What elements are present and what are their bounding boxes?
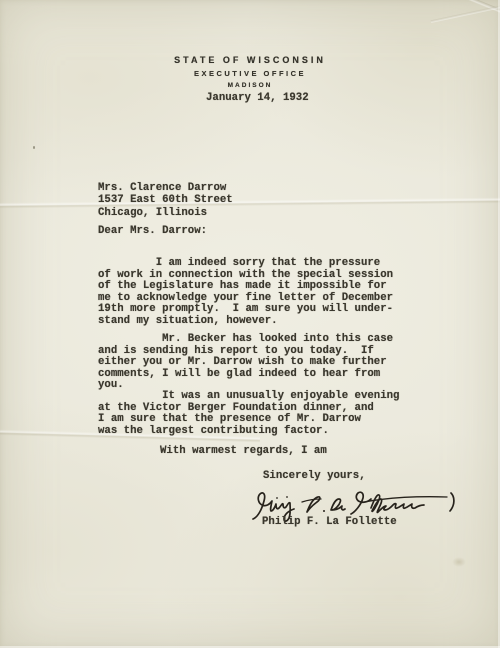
letterhead: STATE OF WISCONSIN EXECUTIVE OFFICE MADI…: [0, 55, 500, 89]
closing-regards: With warmest regards, I am: [160, 446, 327, 458]
letterhead-office: EXECUTIVE OFFICE: [0, 69, 500, 78]
body-paragraph-1: I am indeed sorry that the pressure of w…: [98, 258, 393, 328]
date-line: January 14, 1932: [206, 93, 309, 105]
body-paragraph-2: Mr. Becker has looked into this case and…: [98, 334, 393, 392]
letterhead-city: MADISON: [0, 82, 500, 89]
recipient-address: Mrs. Clarence Darrow 1537 East 60th Stre…: [98, 182, 233, 219]
recipient-name: Mrs. Clarence Darrow: [98, 182, 226, 194]
recipient-city: Chicago, Illinois: [98, 207, 207, 219]
typed-signature-name: Philip F. La Follette: [262, 517, 397, 529]
recipient-street: 1537 East 60th Street: [98, 194, 233, 206]
salutation: Dear Mrs. Darrow:: [98, 226, 207, 238]
letterhead-state: STATE OF WISCONSIN: [0, 55, 500, 65]
valediction: Sincerely yours,: [263, 471, 366, 483]
letter-page: STATE OF WISCONSIN EXECUTIVE OFFICE MADI…: [0, 0, 500, 648]
body-paragraph-3: It was an unusually enjoyable evening at…: [98, 391, 399, 437]
